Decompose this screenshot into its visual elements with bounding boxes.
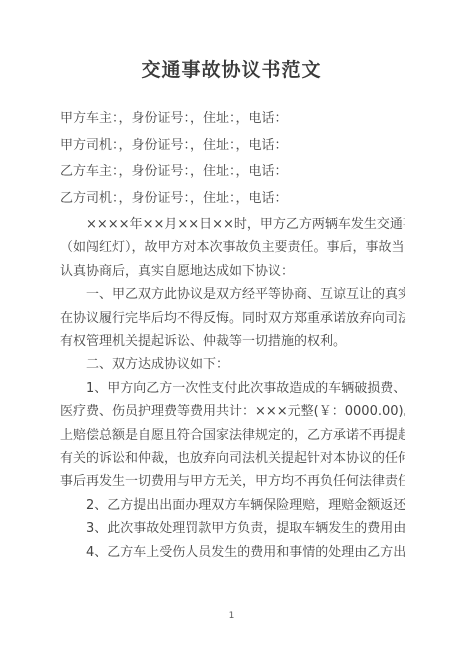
paragraph-line: 事后再发生一切费用与甲方无关，甲方均不再负任何法律责任。 xyxy=(60,470,405,493)
paragraph-line: 有关的诉讼和仲裁，也放弃向司法机关提起针对本协议的任何诉讼权利， xyxy=(60,447,405,470)
paragraph-line: 认真协商后，真实自愿地达成如下协议： xyxy=(60,260,405,283)
paragraph-line: 1、甲方向乙方一次性支付此次事故造成的车辆破损费、人员误工费、 xyxy=(60,377,405,400)
document-body: 甲方车主：，身份证号：，住址：，电话： 甲方司机：，身份证号：，住址：，电话： … xyxy=(60,107,405,564)
paragraph-line: 一、甲乙双方此协议是双方经平等协商、互谅互让的真实意思，双方 xyxy=(60,283,405,306)
paragraph-line: 在协议履行完毕后均不得反悔。同时双方郑重承诺放弃向司法机关、其他 xyxy=(60,307,405,330)
party-a-driver-line: 甲方司机：，身份证号：，住址：，电话： xyxy=(60,134,405,157)
paragraph-line: 上赔偿总额是自愿且符合国家法律规定的，乙方承诺不再提起任何与本案 xyxy=(60,424,405,447)
document-page: 交通事故协议书范文 甲方车主：，身份证号：，住址：，电话： 甲方司机：，身份证号… xyxy=(0,0,463,655)
paragraph-item-4: 4、乙方车上受伤人员发生的费用和事情的处理由乙方出面办理。 xyxy=(60,541,405,564)
paragraph-item-3: 3、此次事故处理罚款甲方负责，提取车辆发生的费用由甲方负责。 xyxy=(60,517,405,540)
paragraph-clause-two-heading: 二、双方达成协议如下： xyxy=(60,353,405,376)
party-b-driver-line: 乙方司机：，身份证号：，住址：，电话： xyxy=(60,187,405,210)
paragraph-line: 4、乙方车上受伤人员发生的费用和事情的处理由乙方出面办理。 xyxy=(60,541,405,564)
paragraph-line: 有权管理机关提起诉讼、仲裁等一切措施的权利。 xyxy=(60,330,405,353)
paragraph-accident-intro: ××××年××月××日××时，甲方乙方两辆车发生交通事故。因××原因， （如闯红… xyxy=(60,213,405,283)
paragraph-item-2: 2、乙方提出出面办理双方车辆保险理赔，理赔金额返还给甲方。 xyxy=(60,494,405,517)
paragraph-item-1: 1、甲方向乙方一次性支付此次事故造成的车辆破损费、人员误工费、 医疗费、伤员护理… xyxy=(60,377,405,494)
paragraph-line: （如闯红灯），故甲方对本次事故负主要责任。事后，事故当事人双方在 xyxy=(60,236,405,259)
document-title: 交通事故协议书范文 xyxy=(0,0,463,83)
paragraph-line: 2、乙方提出出面办理双方车辆保险理赔，理赔金额返还给甲方。 xyxy=(60,494,405,517)
page-number: 1 xyxy=(0,611,463,621)
paragraph-line: ××××年××月××日××时，甲方乙方两辆车发生交通事故。因××原因， xyxy=(60,213,405,236)
paragraph-line: 二、双方达成协议如下： xyxy=(60,353,405,376)
party-b-owner-line: 乙方车主：，身份证号：，住址：，电话： xyxy=(60,160,405,183)
paragraph-line: 3、此次事故处理罚款甲方负责，提取车辆发生的费用由甲方负责。 xyxy=(60,517,405,540)
paragraph-line: 医疗费、伤员护理费等费用共计：×××元整(￥：0000.00)。双方均承诺以 xyxy=(60,400,405,423)
party-a-owner-line: 甲方车主：，身份证号：，住址：，电话： xyxy=(60,107,405,130)
paragraph-clause-one: 一、甲乙双方此协议是双方经平等协商、互谅互让的真实意思，双方 在协议履行完毕后均… xyxy=(60,283,405,353)
